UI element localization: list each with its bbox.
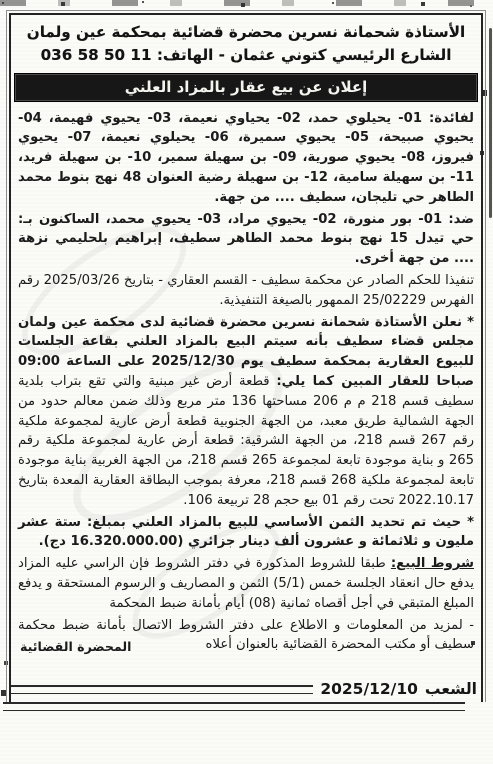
against-suffix: من جهة أخرى.	[355, 251, 450, 266]
scan-artifact-top-edge	[0, 0, 493, 6]
bailiff-signature: المحضرة القضائية	[20, 639, 131, 654]
beneficiary-label: لفائدة:	[429, 111, 474, 126]
conditions-paragraph: شروط البيع: طبقا للشروط المذكورة في دفتر…	[18, 554, 474, 613]
against-paragraph: ضد: 01- بور منورة، 02- يحيوي مراد، 03- ي…	[18, 210, 474, 269]
conditions-label: شروط البيع:	[391, 556, 474, 571]
address-text: الشارع الرئيسي كتوني عثمان - الهاتف:	[152, 46, 452, 64]
notice-frame: الأستاذة شحمانة نسرين محضرة قضائية بمحكم…	[9, 13, 483, 702]
publication-date: 2025/12/10	[320, 680, 418, 698]
notice-body: لفائدة: 01- يحيلوي حمد، 02- يحياوي نعيمة…	[11, 104, 481, 678]
scan-artifact-right-edge	[489, 28, 492, 218]
price-paragraph: * حيث تم تحديد الثمن الأساسي للبيع بالمز…	[18, 513, 474, 553]
against-label: ضد:	[448, 212, 474, 227]
publication-footer: الشعب 2025/12/10	[11, 678, 481, 702]
notice-title-banner: إعلان عن بيع عقار بالمزاد العلني	[14, 73, 478, 102]
notice-title: إعلان عن بيع عقار بالمزاد العلني	[125, 78, 368, 96]
newspaper-name: الشعب	[425, 680, 477, 698]
bottom-double-rule	[3, 702, 465, 711]
scan-noise-speckles	[2, 2, 4, 4]
beneficiary-paragraph: لفائدة: 01- يحيلوي حمد، 02- يحياوي نعيمة…	[18, 109, 474, 208]
announcement-paragraph: * نعلن الأستاذة شحمانة نسرين محضرة قضائي…	[18, 313, 474, 511]
execution-paragraph: تنفيذا للحكم الصادر عن محكمة سطيف - القس…	[18, 271, 474, 311]
notice-header: الأستاذة شحمانة نسرين محضرة قضائية بمحكم…	[11, 15, 481, 70]
scanned-legal-notice-page: الأستاذة شحمانة نسرين محضرة قضائية بمحكم…	[0, 0, 493, 764]
beneficiary-suffix: من جهة.	[214, 190, 270, 205]
phone-number: 036 58 50 11	[41, 44, 152, 67]
footer-double-rule	[11, 685, 313, 694]
address-phone-line: الشارع الرئيسي كتوني عثمان - الهاتف: 036…	[15, 44, 477, 67]
bailiff-name-line: الأستاذة شحمانة نسرين محضرة قضائية بمحكم…	[15, 21, 477, 44]
property-description: قطعة أرض غير مبنية والتي تقع بتراب بلدية…	[18, 374, 474, 508]
